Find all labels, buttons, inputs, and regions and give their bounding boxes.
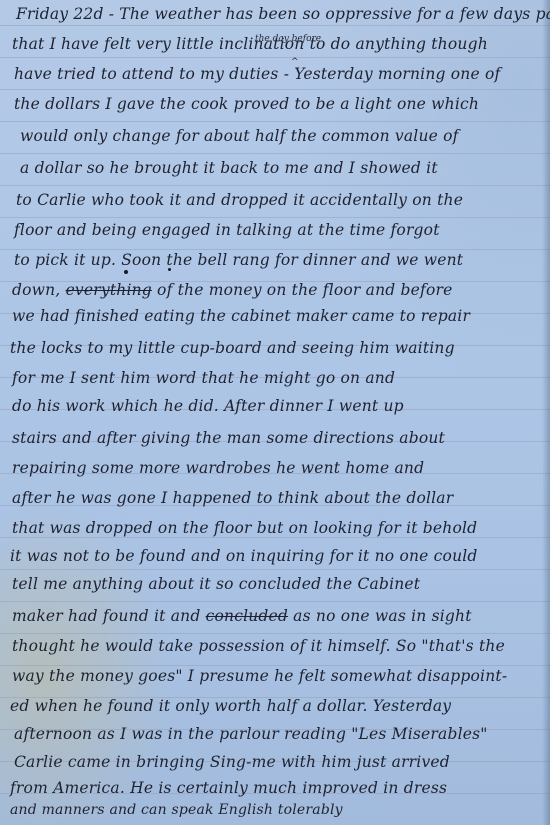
- text-line-13: for me I sent him word that he might go …: [12, 368, 395, 388]
- text-line-4: the dollars I gave the cook proved to be…: [14, 94, 479, 114]
- text-line-24: ed when he found it only worth half a do…: [10, 696, 451, 716]
- text-line-12: the locks to my little cup-board and see…: [10, 338, 455, 358]
- text-line-7: to Carlie who took it and dropped it acc…: [16, 190, 463, 210]
- text-line-28: and manners and can speak English tolera…: [10, 800, 343, 820]
- text-line-26: Carlie came in bringing Sing-me with him…: [14, 752, 450, 772]
- text-line-10: down, everything of the money on the flo…: [12, 280, 452, 300]
- text-line-20: tell me anything about it so concluded t…: [12, 574, 420, 594]
- text-line-6: a dollar so he brought it back to me and…: [20, 158, 438, 178]
- text-line-21: maker had found it and concluded as no o…: [12, 606, 472, 626]
- text-line-16: repairing some more wardrobes he went ho…: [12, 458, 424, 478]
- text-line-1: Friday 22d - The weather has been so opp…: [16, 4, 550, 24]
- text-line-14: do his work which he did. After dinner I…: [12, 396, 404, 416]
- text-line-11: we had finished eating the cabinet maker…: [12, 306, 470, 326]
- ink-blot: [124, 270, 128, 274]
- text-line-17: after he was gone I happened to think ab…: [12, 488, 453, 508]
- struck-text: concluded: [206, 607, 288, 625]
- text-line-5: would only change for about half the com…: [20, 126, 459, 146]
- text-line-15: stairs and after giving the man some dir…: [12, 428, 445, 448]
- text-line-8: floor and being engaged in talking at th…: [14, 220, 440, 240]
- text-line-18: that was dropped on the floor but on loo…: [12, 518, 477, 538]
- diary-page: the day before ^ Friday 22d - The weathe…: [0, 0, 550, 825]
- text-line-23: way the money goes" I presume he felt so…: [12, 666, 507, 686]
- struck-text: everything: [66, 281, 152, 299]
- text-line-27: from America. He is certainly much impro…: [10, 778, 447, 798]
- text-line-9: to pick it up. Soon the bell rang for di…: [14, 250, 463, 270]
- page-edge-shadow: [542, 0, 550, 825]
- text-line-19: it was not to be found and on inquiring …: [10, 546, 478, 566]
- text-line-2: that I have felt very little inclination…: [12, 34, 488, 54]
- text-line-3: have tried to attend to my duties - Yest…: [14, 64, 500, 84]
- text-line-22: thought he would take possession of it h…: [12, 636, 505, 656]
- text-line-25: afternoon as I was in the parlour readin…: [14, 724, 488, 744]
